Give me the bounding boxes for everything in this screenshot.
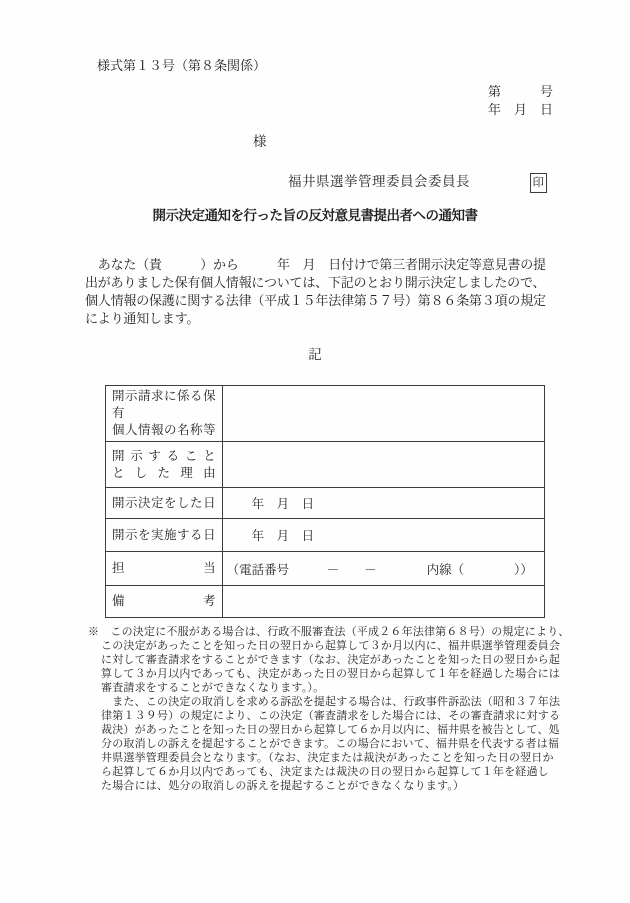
table-label-line: 備考 [112,593,216,610]
table-row: 開示請求に係る保有 個人情報の名称等 [106,386,545,442]
table-value: 年 月 日 [222,488,544,519]
note-line: また、この決定の取消しを求める訴訟を提起する場合は、行政事件訴訟法（昭和３７年法 [88,695,566,709]
note-line: 審査請求をすることができなくなります。）。 [88,681,566,695]
body-paragraph: あなた（貴 ）から 年 月 日付けで第三者開示決定等意見書の提 出がありました保… [85,256,545,328]
ki-heading: 記 [85,346,545,364]
addressee-honorific: 様 [253,133,545,151]
table-value [222,586,544,618]
table-row: 備考 [106,586,545,618]
table-row: 開示決定をした日 年 月 日 [106,488,545,519]
note-line: 律第１３９号）の規定により、この決定（審査請求をした場合には、その審査請求に対す… [88,709,566,723]
document-number: 第 号 [85,83,553,101]
note-line: 井県選挙管理委員会となります。（なお、決定または裁決があったことを知った日の翌日… [88,751,566,765]
sender-row: 福井県選挙管理委員会委員長 印 [85,173,545,193]
table-label-line: 開示決定をした日 [112,495,216,512]
table-value [222,386,544,442]
note-line: 分の取消しの訴えを提起することができます。この場合において、福井県を代表する者は… [88,737,566,751]
table-label: 開示請求に係る保有 個人情報の名称等 [106,386,223,442]
document-date: 年 月 日 [85,101,553,119]
table-label-line: 開示すること [112,448,216,465]
table-value: 年 月 日 [222,519,544,552]
note-line: 算して３か月以内であっても、決定があった日の翌日から起算して１年を経過した場合に… [88,667,566,681]
table-label-line: とした理由 [112,465,216,482]
table-label-line: 開示を実施する日 [112,527,216,544]
body-line: 出がありました保有個人情報については、下記のとおり開示決定しましたので、 [85,274,545,292]
note-line: た場合には、処分の取消しの訴えを提起することができなくなります。） [88,779,566,793]
table-label-line: 担当 [112,560,216,577]
table-label: 担当 [106,552,223,586]
note-line: この決定があったことを知った日の翌日から起算して３か月以内に、福井県選挙管理委員… [88,639,566,653]
note-line: に対して審査請求をすることができます（なお、決定があったことを知った日の翌日から… [88,653,566,667]
table-label-line: 開示請求に係る保有 [112,388,216,422]
document-page: 様式第１３号（第８条関係） 第 号 年 月 日 様 福井県選挙管理委員会委員長 … [0,0,630,903]
table-label: 開示決定をした日 [106,488,223,519]
table-label: 開示を実施する日 [106,519,223,552]
notes-section: ※ この決定に不服がある場合は、行政不服審査法（平成２６年法律第６８号）の規定に… [88,625,566,793]
body-line: により通知します。 [85,310,545,328]
table-label: 開示すること とした理由 [106,442,223,488]
table-label: 備考 [106,586,223,618]
table-row: 開示すること とした理由 [106,442,545,488]
table-value: （電話番号 － － 内線（ ）） [222,552,544,586]
document-title: 開示決定通知を行った旨の反対意見書提出者への通知書 [85,206,545,225]
disclosure-table: 開示請求に係る保有 個人情報の名称等 開示すること とした理由 開示決定をした日 [105,385,545,618]
body-line: 個人情報の保護に関する法律（平成１５年法律第５７号）第８６条第３項の規定 [85,292,545,310]
note-line: ※ この決定に不服がある場合は、行政不服審査法（平成２６年法律第６８号）の規定に… [88,625,566,639]
seal-box: 印 [530,173,548,193]
form-number: 様式第１３号（第８条関係） [97,57,545,75]
body-line: あなた（貴 ）から 年 月 日付けで第三者開示決定等意見書の提 [85,256,545,274]
note-line: ら起算して６か月以内であっても、決定または裁決の日の翌日から起算して１年を経過し [88,765,566,779]
table-row: 開示を実施する日 年 月 日 [106,519,545,552]
document-content: 様式第１３号（第８条関係） 第 号 年 月 日 様 福井県選挙管理委員会委員長 … [0,57,630,793]
table-value [222,442,544,488]
sender-title: 福井県選挙管理委員会委員長 [288,174,470,189]
table-label-line: 個人情報の名称等 [112,422,216,439]
table-row: 担当 （電話番号 － － 内線（ ）） [106,552,545,586]
note-line: 裁決）があったことを知った日の翌日から起算して６か月以内に、福井県を被告として、… [88,723,566,737]
